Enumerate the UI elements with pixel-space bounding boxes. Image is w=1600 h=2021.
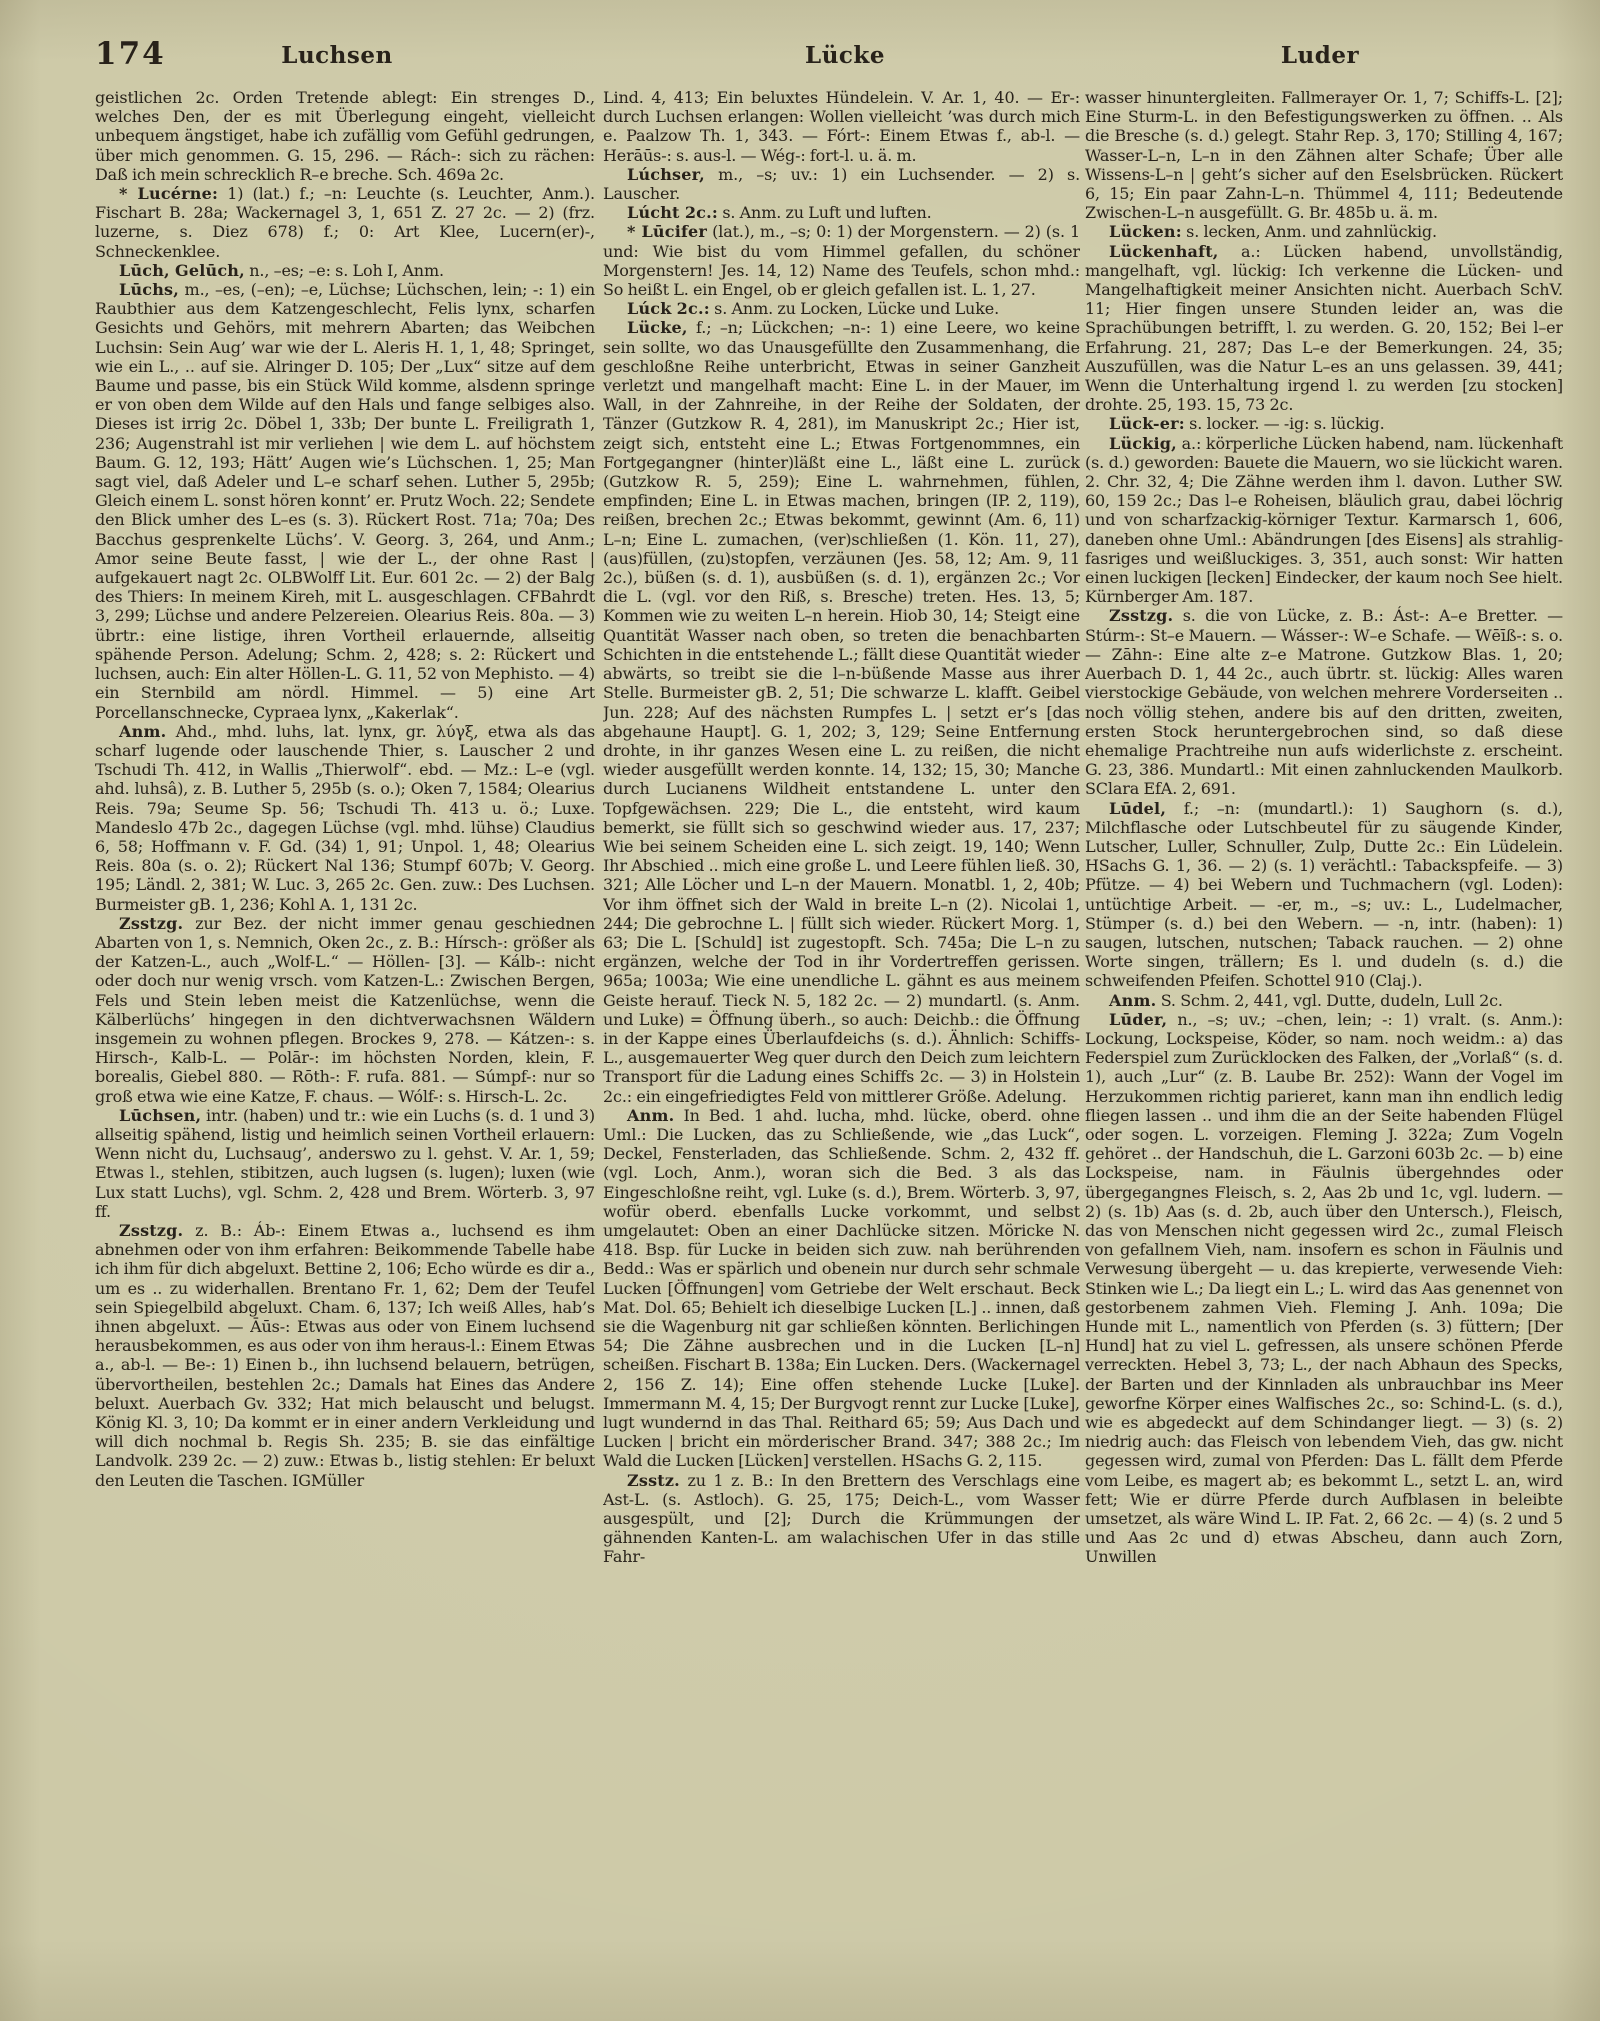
- entry-paragraph: Lúcht 2c.: s. Anm. zu Luft und luften.: [603, 203, 1080, 222]
- headword: Lückig,: [1109, 434, 1177, 453]
- headword: Lūdel,: [1109, 799, 1166, 818]
- headword: Lūder,: [1109, 1010, 1167, 1029]
- dictionary-page: 174 Luchsen Lücke Luder geistlichen 2c. …: [0, 0, 1600, 2021]
- entry-paragraph: Lúck 2c.: s. Anm. zu Locken, Lücke und L…: [603, 299, 1080, 318]
- entry-paragraph: Zsstz. zu 1 z. B.: In den Brettern des V…: [603, 1471, 1080, 1567]
- headword: Anm.: [119, 722, 166, 741]
- headword: Lücke,: [627, 318, 688, 337]
- entry-paragraph: Zsstzg. z. B.: Áb-: Einem Etwas a., luch…: [95, 1221, 595, 1490]
- headword: Zsstzg.: [119, 914, 183, 933]
- headword: Lúcht 2c.:: [627, 203, 718, 222]
- entry-paragraph: Lückenhaft, a.: Lücken habend, unvollstä…: [1085, 242, 1563, 415]
- headword: Lúck 2c.:: [627, 299, 710, 318]
- headword: Lūch, Gelūch,: [119, 261, 245, 280]
- entry-paragraph: Lück-er: s. locker. — -ig: s. lückig.: [1085, 414, 1563, 433]
- headword: Lückenhaft,: [1109, 242, 1219, 261]
- entry-paragraph: Lūch, Gelūch, n., –es; –e: s. Loh I, Anm…: [95, 261, 595, 280]
- headword: * Lūcifer: [627, 222, 707, 241]
- entry-paragraph: Anm. S. Schm. 2, 441, vgl. Dutte, dudeln…: [1085, 991, 1563, 1010]
- running-head-luecke: Lücke: [805, 42, 885, 69]
- continuation-paragraph: wasser hinuntergleiten. Fallmerayer Or. …: [1085, 88, 1563, 222]
- continuation-paragraph: Lind. 4, 413; Ein beluxtes Hündelein. V.…: [603, 88, 1080, 165]
- entry-paragraph: Lücken: s. lecken, Anm. und zahnlückig.: [1085, 222, 1563, 241]
- continuation-paragraph: geistlichen 2c. Orden Tretende ablegt: E…: [95, 88, 595, 184]
- headword: Lücken:: [1109, 222, 1182, 241]
- entry-paragraph: Lücke, f.; –n; Lückchen; –n-: 1) eine Le…: [603, 318, 1080, 1105]
- running-head-luder: Luder: [1281, 42, 1359, 69]
- entry-paragraph: * Lūcifer (lat.), m., –s; 0: 1) der Morg…: [603, 222, 1080, 299]
- text-column-1: geistlichen 2c. Orden Tretende ablegt: E…: [95, 88, 595, 1880]
- headword: Zsstz.: [627, 1471, 680, 1490]
- entry-paragraph: Lūchs, m., –es, (–en); –e, Lüchse; Lüchs…: [95, 280, 595, 722]
- headword: * Lucérne:: [119, 184, 218, 203]
- entry-paragraph: * Lucérne: 1) (lat.) f.; –n: Leuchte (s.…: [95, 184, 595, 261]
- headword: Lūchs,: [119, 280, 179, 299]
- headword: Anm.: [1109, 991, 1156, 1010]
- text-column-2: Lind. 4, 413; Ein beluxtes Hündelein. V.…: [603, 88, 1080, 1880]
- entry-paragraph: Lūdel, f.; –n: (mundartl.): 1) Saughorn …: [1085, 799, 1563, 991]
- headword: Lück-er:: [1109, 414, 1185, 433]
- headword: Lúchser,: [627, 165, 705, 184]
- headword: Lūchsen,: [119, 1106, 201, 1125]
- entry-paragraph: Zsstzg. zur Bez. der nicht immer genau g…: [95, 914, 595, 1106]
- entry-paragraph: Lūchsen, intr. (haben) und tr.: wie ein …: [95, 1106, 595, 1221]
- headword: Anm.: [627, 1106, 674, 1125]
- entry-paragraph: Lückig, a.: körperliche Lücken habend, n…: [1085, 434, 1563, 607]
- headword: Zsstzg.: [119, 1221, 183, 1240]
- entry-paragraph: Anm. Ahd., mhd. luhs, lat. lynx, gr. λύγ…: [95, 722, 595, 914]
- running-head-luchsen: Luchsen: [281, 42, 392, 69]
- entry-paragraph: Lūder, n., –s; uv.; –chen, lein; -: 1) v…: [1085, 1010, 1563, 1567]
- page-number: 174: [95, 36, 166, 72]
- entry-paragraph: Anm. In Bed. 1 ahd. lucha, mhd. lücke, o…: [603, 1106, 1080, 1471]
- entry-paragraph: Zsstzg. s. die von Lücke, z. B.: Ást-: A…: [1085, 606, 1563, 798]
- headword: Zsstzg.: [1109, 606, 1173, 625]
- text-column-3: wasser hinuntergleiten. Fallmerayer Or. …: [1085, 88, 1563, 1880]
- entry-paragraph: Lúchser, m., –s; uv.: 1) ein Luchsender.…: [603, 165, 1080, 203]
